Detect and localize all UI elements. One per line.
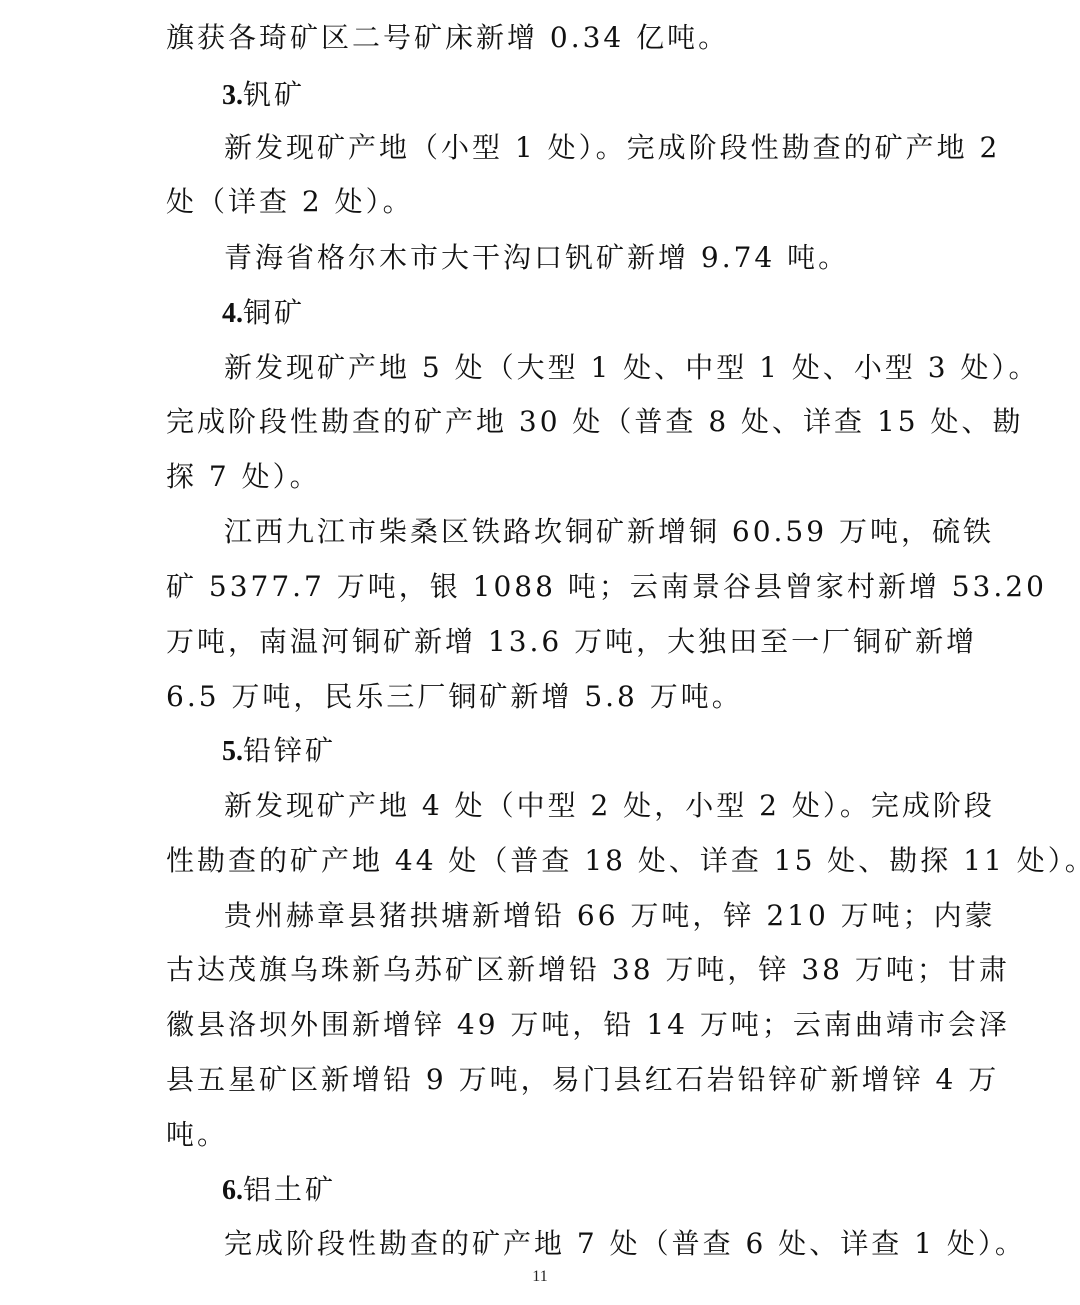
paragraph-line: 新发现矿产地（小型 1 处）。完成阶段性勘查的矿产地 2: [0, 128, 1080, 168]
paragraph-line: 新发现矿产地 4 处（中型 2 处，小型 2 处）。完成阶段: [0, 786, 1080, 826]
paragraph-line: 探 7 处）。: [0, 457, 1080, 497]
paragraph-line: 完成阶段性勘查的矿产地 7 处（普查 6 处、详查 1 处）。: [0, 1224, 1080, 1264]
section-heading-lead-zinc: 5.铅锌矿: [0, 731, 1080, 772]
paragraph-line: 新发现矿产地 5 处（大型 1 处、中型 1 处、小型 3 处）。: [0, 348, 1080, 388]
paragraph-line: 万吨，南温河铜矿新增 13.6 万吨，大独田至一厂铜矿新增: [0, 622, 1080, 662]
paragraph-line: 徽县洛坝外围新增锌 49 万吨，铅 14 万吨；云南曲靖市会泽: [0, 1005, 1080, 1045]
section-number: 4.: [222, 298, 243, 329]
section-number: 3.: [222, 80, 243, 111]
paragraph-line: 江西九江市柴桑区铁路坎铜矿新增铜 60.59 万吨，硫铁: [0, 512, 1080, 552]
page-number: 11: [0, 1268, 1080, 1286]
section-title: 钒矿: [243, 78, 305, 111]
paragraph-line: 古达茂旗乌珠新乌苏矿区新增铅 38 万吨，锌 38 万吨；甘肃: [0, 950, 1080, 990]
paragraph-line: 贵州赫章县猪拱塘新增铅 66 万吨，锌 210 万吨；内蒙: [0, 896, 1080, 936]
paragraph-line: 性勘查的矿产地 44 处（普查 18 处、详查 15 处、勘探 11 处）。: [0, 841, 1080, 881]
section-title: 铝土矿: [243, 1173, 336, 1206]
section-title: 铜矿: [243, 296, 305, 329]
section-number: 5.: [222, 736, 243, 767]
section-heading-bauxite: 6.铝土矿: [0, 1170, 1080, 1211]
paragraph-line: 青海省格尔木市大干沟口钒矿新增 9.74 吨。: [0, 238, 1080, 278]
paragraph-line: 吨。: [0, 1115, 1080, 1155]
paragraph-line: 完成阶段性勘查的矿产地 30 处（普查 8 处、详查 15 处、勘: [0, 402, 1080, 442]
paragraph-line: 矿 5377.7 万吨，银 1088 吨；云南景谷县曾家村新增 53.20: [0, 567, 1080, 607]
continuation-line: 旗获各琦矿区二号矿床新增 0.34 亿吨。: [0, 18, 1080, 58]
section-heading-vanadium: 3.钒矿: [0, 75, 1080, 116]
paragraph-line: 县五星矿区新增铅 9 万吨，易门县红石岩铅锌矿新增锌 4 万: [0, 1060, 1080, 1100]
paragraph-line: 6.5 万吨，民乐三厂铜矿新增 5.8 万吨。: [0, 677, 1080, 717]
section-heading-copper: 4.铜矿: [0, 293, 1080, 334]
section-title: 铅锌矿: [243, 734, 336, 767]
section-number: 6.: [222, 1175, 243, 1206]
paragraph-line: 处（详查 2 处）。: [0, 182, 1080, 222]
